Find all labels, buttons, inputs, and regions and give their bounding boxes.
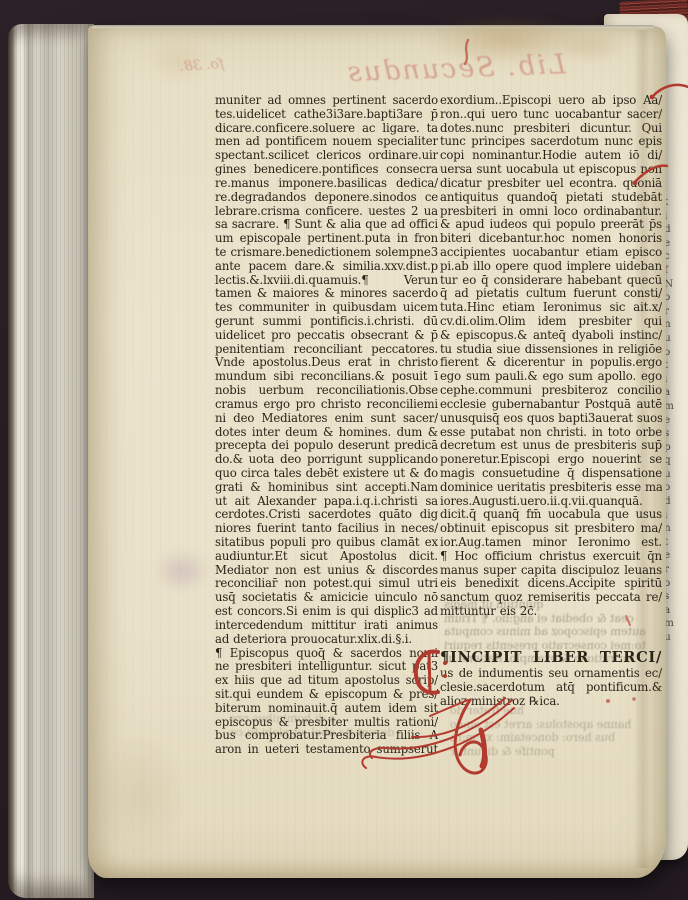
text-line: re.degradandos deponere.sinodos ce [215, 191, 438, 205]
text-line: f [664, 264, 686, 278]
text-line: e [664, 549, 686, 563]
text-line: dotes inter deum & homines. dum & [215, 426, 438, 440]
text-line: quo circa tales debēt existere ut & đo [215, 467, 438, 481]
text-line: ¶ Episcopus quoq̄ & sacerdos nomi [215, 647, 438, 661]
right-text-column: exordium..Episcopi uero ab ipso Aa/ron..… [440, 94, 662, 619]
text-line: e [664, 237, 686, 251]
page-edge-stack [8, 24, 94, 898]
text-line: gines benedicere.pontifices consecra [215, 163, 438, 177]
text-line: nobis uerbum reconciliationis.Obse [215, 384, 438, 398]
text-line: lectis.&.lxviii.di.quamuis.¶ Verun [215, 274, 438, 288]
text-line: reconciliar̄ non potest.qui simul utri [215, 577, 438, 591]
text-line: ego sum pauli.& ego sum apollo. ego [440, 370, 662, 384]
text-line: sanctum quoz remiseritis peccata re/ [440, 591, 662, 605]
text-line: uersa sunt uocabula ut episcopus non [440, 163, 662, 177]
text-line: audiuntur.Et sicut Apostolus dicit. [215, 550, 438, 564]
text-line: cv.di.olim.Olim idem presbiter qui [440, 315, 662, 329]
text-line: tes communiter in quibusdam uicem [215, 301, 438, 315]
text-line: spectant.scilicet clericos ordinare.uir [215, 149, 438, 163]
text-line: accipientes uocabantur etiam episco [440, 246, 662, 260]
text-line: niores fuerint tanto facilius in neces/ [215, 522, 438, 536]
text-line: e [664, 414, 686, 428]
text-line: sa sacrare. ¶ Sunt & alia que ad offici [215, 218, 438, 232]
text-line: biterum nominauit.q̄ autem idem sit [215, 702, 438, 716]
text-line: d [664, 223, 686, 237]
text-line: episcopus & presbiter multis rationi/ [215, 716, 438, 730]
text-line: p [664, 441, 686, 455]
text-line: a [664, 386, 686, 400]
text-line: & apud iudeos qui populo preerāt p̄s [440, 218, 662, 232]
text-line: o [664, 481, 686, 495]
text-line: q̄ ad pietatis cultum fuerunt consti/ [440, 287, 662, 301]
text-line: tu studia siue dissensiones in religiōe [440, 343, 662, 357]
text-line: r [664, 563, 686, 577]
text-line: i [664, 373, 686, 387]
text-line: tur eo q̄ considerare habebant quecū [440, 274, 662, 288]
text-line: N [664, 278, 686, 292]
text-line: us de indumentis seu ornamentis ec/ [440, 667, 662, 681]
text-line: te crismare.benedictionem solempne3 [215, 246, 438, 260]
text-line: cerdotes.Cristi sacerdotes quāto dig [215, 508, 438, 522]
text-line: usq̄ societatis & amicicie uinculo nō [215, 591, 438, 605]
text-line: decretum est unus de presbiteris sup̄ [440, 439, 662, 453]
text-line: dominice ueritatis presbiteris esse ma [440, 481, 662, 495]
text-line: t [664, 359, 686, 373]
text-line: uidelicet pro peccatis obsecrant & p̄ [215, 329, 438, 343]
text-line: muniter ad omnes pertinent sacerdo [215, 94, 438, 108]
text-line: ad deteriora prouocatur.xlix.di.§.i. [215, 633, 438, 647]
text-line: t [664, 536, 686, 550]
text-line: magis consuetudine q̄ dispensatione [440, 467, 662, 481]
text-line: eis benedixit dicens.Accipite spiritū [440, 577, 662, 591]
text-line: precepta dei populo deserunt predicā [215, 439, 438, 453]
stain [556, 30, 626, 62]
text-line: & episcopus.& anteq̄ dyaboli instinc/ [440, 329, 662, 343]
text-line: grati & hominibus sint accepti.Nam [215, 481, 438, 495]
text-line: ex hiis que ad titum apostolus scrip/ [215, 674, 438, 688]
text-line: ne presbiteri intelliguntur. sicut pat3 [215, 660, 438, 674]
text-line: tes.uidelicet cathe3i3are.bapti3are p̄ [215, 108, 438, 122]
text-line: mittuntur eis 2c̄. [440, 605, 662, 619]
text-line: bus comprobatur.Presbiteria filiis A [215, 729, 438, 743]
text-line: m [664, 617, 686, 631]
text-line: intercedendum mittitur irati animus [215, 619, 438, 633]
text-line: pi.ab illo opere quod implere uideban [440, 260, 662, 274]
text-line: r [664, 305, 686, 319]
left-text-column: muniter ad omnes pertinent sacerdotes.ui… [215, 94, 438, 757]
text-line: presbiteri in omni loco ordinabantur. [440, 205, 662, 219]
text-line: dicit.q̄ quanq̄ fm̄ uocabula que usus [440, 508, 662, 522]
text-line: u [664, 332, 686, 346]
text-line: iores.Augusti.uero.ii.q.vii.quanquā. [440, 495, 662, 509]
ink-smudge [154, 550, 210, 592]
text-line: t [664, 196, 686, 210]
text-line: o [664, 346, 686, 360]
text-line: s [664, 427, 686, 441]
text-line: ut ait Alexander papa.i.q.i.christi sa [215, 495, 438, 509]
text-line: sit.qui eundem & episcopum & pres/ [215, 688, 438, 702]
text-line: unusquisq̄ eos quos bapti3auerat suos [440, 412, 662, 426]
text-line: re.manus imponere.basilicas dedica/ [215, 177, 438, 191]
text-line: i [664, 210, 686, 224]
text-line: tuta.Hinc etiam Ieronimus sic ait.x/ [440, 301, 662, 315]
text-line: bus hero: doncetaim: xv:m:ra [450, 731, 658, 745]
text-line: gerunt summi pontificis.i.christi. dū [215, 315, 438, 329]
text-line: lebrare.crisma conficere. uestes 2 ua [215, 205, 438, 219]
incipit-heading: ¶INCIPIT LIBER TERCI/us de indumentis se… [440, 648, 662, 708]
edge-text-strip: tidecfNornuotiamespquodinterosamu [664, 196, 686, 648]
text-line: cephe.communi presbiteroz concilio [440, 384, 662, 398]
text-line: a [664, 604, 686, 618]
text-line: Mediator non est unius & discordes [215, 564, 438, 578]
text-line: cramus ergo pro christo reconciliemi [215, 398, 438, 412]
text-line: penitentiam reconciliant peccatores. [215, 343, 438, 357]
text-line: sitatibus populi pro quibus clamāt ex [215, 536, 438, 550]
text-line: do.& uota deo porrigunt supplicando [215, 453, 438, 467]
text-line: n [664, 522, 686, 536]
text-line: tunc principes sacerdotum nunc epis [440, 135, 662, 149]
text-line: ¶INCIPIT LIBER TERCI/ [440, 648, 662, 667]
text-line: exordium..Episcopi uero ab ipso Aa/ [440, 94, 662, 108]
text-line: ¶ Hoc officium christus exercuit q̄n [440, 550, 662, 564]
text-line: antiquitus quandoq̄ pietati studebāt [440, 191, 662, 205]
text-line: ron..qui uero tunc uocabantur sacer/ [440, 108, 662, 122]
text-line: dicare.conficere.soluere ac ligare. ta [215, 122, 438, 136]
text-line: esse putabat non christi. in toto orbe [440, 426, 662, 440]
text-line: q [664, 454, 686, 468]
text-line: m [664, 400, 686, 414]
text-line: i [664, 509, 686, 523]
text-line: d [664, 495, 686, 509]
text-line: um episcopale pertinent.puta in fron [215, 232, 438, 246]
text-line: pontife & dicuntur [450, 745, 658, 759]
text-line: autem episcopoz ad minus computa [444, 625, 658, 639]
text-line: mundum sibi reconcilians.& posuit ī [215, 370, 438, 384]
text-line: men ad pontificem nouem specialiter [215, 135, 438, 149]
text-line: ni deo Mediatores enim sunt sacer/ [215, 412, 438, 426]
text-line: s [664, 590, 686, 604]
text-line: poneretur.Episcopi ergo nouerint se [440, 453, 662, 467]
text-line: tamen & maiores & minores sacerdo [215, 287, 438, 301]
text-line: est concors.Si enim is qui displic3 ad [215, 605, 438, 619]
text-line: o [664, 577, 686, 591]
text-line: dotes.nunc presbiteri dicuntur. Qui [440, 122, 662, 136]
text-line: ecclesie gubernabantur Postquā autē [440, 398, 662, 412]
text-line: u [664, 631, 686, 645]
text-line: alioz ministroz ℞ica. [440, 695, 662, 709]
text-line: manus super capita discipuloz leuans [440, 564, 662, 578]
text-line: Vnde apostolus.Deus erat in christo [215, 356, 438, 370]
text-line: obtinuit episcopus sit presbitero ma/ [440, 522, 662, 536]
photograph-of-incunabulum-page: tidecfNornuotiamespquodinterosamu Lib. S… [0, 0, 688, 900]
bleedthrough-block: hue frater dohanne apostolus: arret est … [450, 704, 658, 758]
text-line: o [664, 291, 686, 305]
text-line: clesie.sacerdotum atq̄ pontificum.& [440, 681, 662, 695]
text-line: dicatur presbiter uel econtra. quoniā [440, 177, 662, 191]
text-line: hanne apostolus: arret est eu:co [450, 718, 658, 732]
text-line: ior.Aug.tamen minor Ieronimo est. [440, 536, 662, 550]
text-line: copi nominantur.Hodie autem iō di/ [440, 149, 662, 163]
text-line: u [664, 468, 686, 482]
text-line: ante pacem dare.& similia.xxv.dist.p [215, 260, 438, 274]
text-line: aron in ueteri testamento sumpserūt [215, 743, 438, 757]
text-line: fierent & dicerentur in populis.ergo [440, 356, 662, 370]
text-line: n [664, 318, 686, 332]
text-line: biteri dicebantur.hoc nomen honoris [440, 232, 662, 246]
stain [96, 730, 186, 860]
text-line: c [664, 250, 686, 264]
